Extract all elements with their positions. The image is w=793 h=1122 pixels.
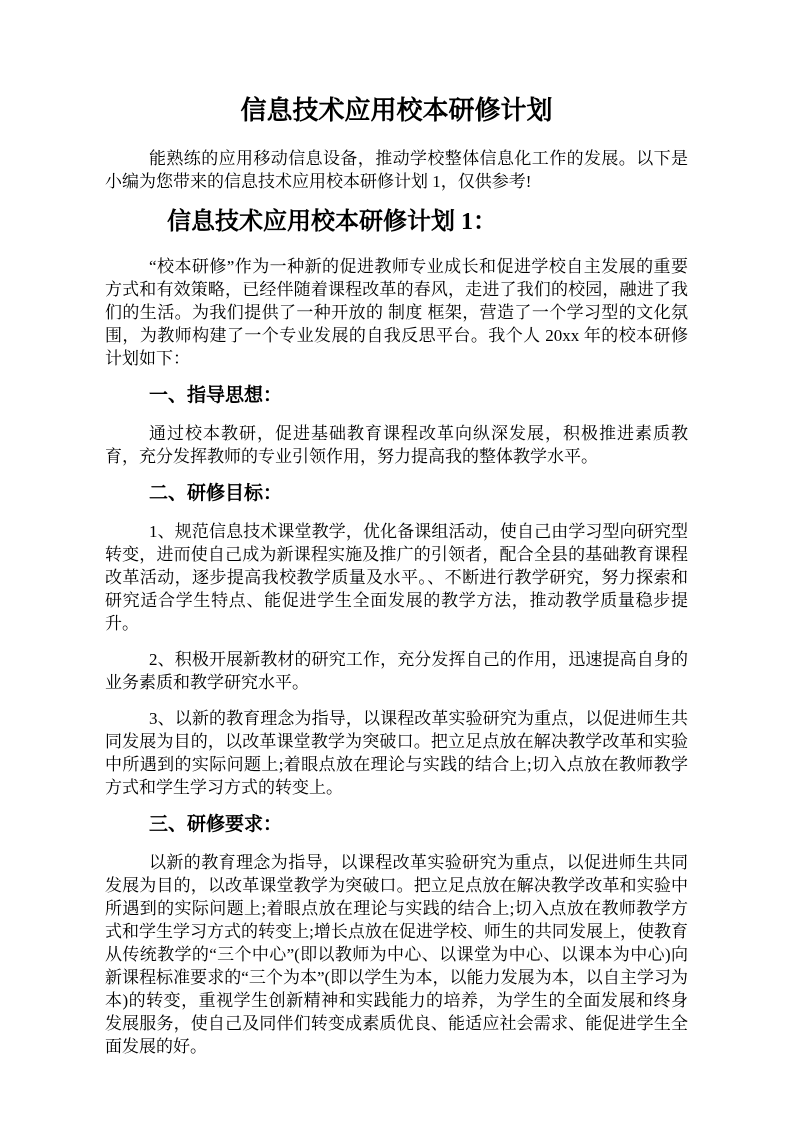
goal-paragraph-3: 3、以新的教育理念为指导，以课程改革实验研究为重点，以促进师生共同发展为目的，以… [105, 707, 688, 799]
goal-paragraph-1: 1、规范信息技术课堂教学，优化备课组活动，使自己由学习型向研究型转变，进而使自己… [105, 520, 688, 635]
section-2-heading: 二、研修目标： [105, 481, 688, 507]
intro-paragraph: 能熟练的应用移动信息设备，推动学校整体信息化工作的发展。以下是小编为您带来的信息… [105, 147, 688, 193]
section-3-heading: 三、研修要求： [105, 812, 688, 838]
document-page: 信息技术应用校本研修计划 能熟练的应用移动信息设备，推动学校整体信息化工作的发展… [0, 0, 793, 1122]
section-3-paragraph: 以新的教育理念为指导，以课程改革实验研究为重点，以促进师生共同发展为目的，以改革… [105, 851, 688, 1058]
overview-paragraph: “校本研修”作为一种新的促进教师专业成长和促进学校自主发展的重要方式和有效策略，… [105, 255, 688, 370]
section-1-paragraph: 通过校本教研，促进基础教育课程改革向纵深发展，积极推进素质教育，充分发挥教师的专… [105, 422, 688, 468]
document-subtitle: 信息技术应用校本研修计划 1： [105, 206, 688, 238]
document-title: 信息技术应用校本研修计划 [105, 94, 688, 128]
section-1-heading: 一、指导思想： [105, 383, 688, 409]
goal-paragraph-2: 2、积极开展新教材的研究工作，充分发挥自己的作用，迅速提高自身的业务素质和教学研… [105, 648, 688, 694]
